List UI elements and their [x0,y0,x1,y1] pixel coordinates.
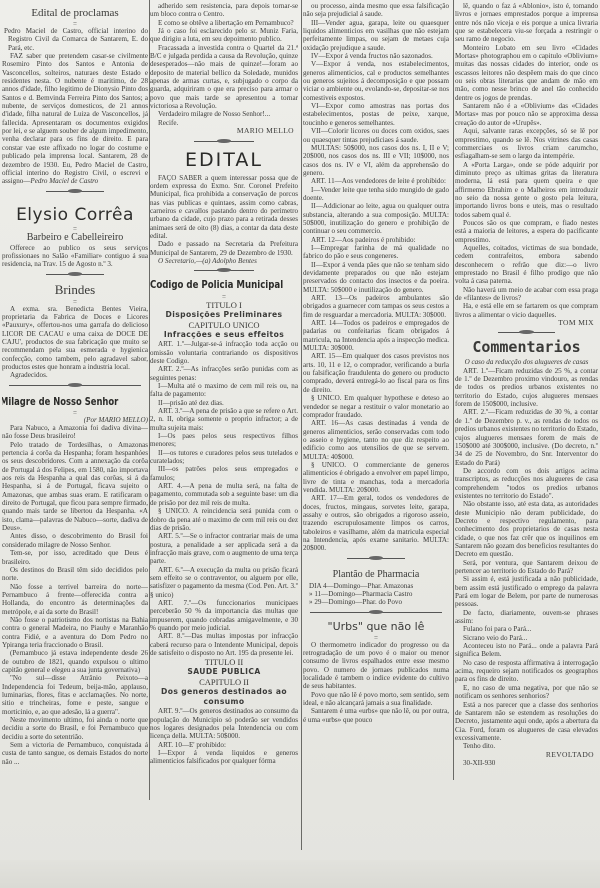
commentarios: Commentarios O caso da reducção dos alug… [455,338,598,767]
elysio-subtitle: Barbeiro e Cabelleireiro [2,232,148,244]
urbs-continued: lê, quando o faz á «Ablonio», isto é, to… [455,2,598,336]
paragraph: ART. 5.º—Se o infractor contrariar mais … [150,532,298,565]
paragraph: ART. 6.º—A execução da multa ou prisão f… [150,566,298,599]
plantao-lines: DIA 4—Domingo—Phar. Amazonas» 11—Domingo… [303,582,449,607]
paragraph: Santarem não é a «Oblivium» das «Cidades… [455,102,598,127]
paragraph: ART. 12—Aos padeiros é prohibido: [303,236,449,244]
saude-heading: SAUDE PUBLICA [150,667,298,677]
codigo-continued-paragraphs: ou processo, ainda mesmo que essa falsif… [303,2,449,553]
column-3: ou processo, ainda mesmo que essa falsif… [303,2,449,857]
paragraph: Antes disso, o descobrimento do Brasil f… [2,532,148,549]
paragraph: § UNICO. O commerciante de generos alime… [303,461,449,494]
generos-heading: Dos generos destinados ao consumo [150,687,298,707]
paragraph: ART. 13—Os padeiros ambulantes são obrig… [303,294,449,319]
paragraph: Será, por ventura, que Santarem deixou d… [455,559,598,576]
signature: MARIO MELLO [150,127,298,135]
paragraph: Para Nabuco, a Amazonia foi dadiva divin… [2,424,148,441]
commentarios-date: 30-XII-930 [455,759,598,767]
brindes-title: Brindes [2,282,148,298]
byline: (Por MARIO MELLO) [2,416,148,424]
paragraph: lê, quando o faz á «Ablonio», isto é, to… [455,2,598,44]
plantao-title: Plantão de Pharmacia [303,568,449,581]
paragraph: Não obstante isso, até esta data, as aut… [455,500,598,558]
paragraph: Pelo tratado de Tordesilhas, o Amazonas … [2,441,148,533]
ornament-divider [150,267,298,274]
column-1: Edital de proclamas = Pedro Maciel de Ca… [2,2,148,822]
paragraph: Povo que não lê é povo morto, sem sentid… [303,691,449,708]
capitulo-heading: CAPITULO UNICO [150,320,298,330]
ornament-divider [303,609,449,616]
paragraph: ART. 2.º—As infracções serão punidas com… [150,365,298,382]
paragraph: III—os patrões pelos seus empregados e f… [150,465,298,482]
paragraph: ou processo, ainda mesmo que essa falsif… [303,2,449,19]
paragraph: ART. 1.º—Ficam reduzidas de 25 %, a cont… [455,367,598,409]
milagre-continued-paragraphs: adherido sem resistencia, para depois to… [150,2,298,127]
signature: REVOLTADO [455,751,598,759]
edital-signature: O Secretario,—(a) Adolpho Bentes [150,257,298,265]
elysio-advert: Elysio Corrêa = Barbeiro e Cabelleireiro… [2,205,148,278]
codigo-policia: Codigo de Policia Municipal = TITULO I D… [150,278,298,765]
edital-proclamas: Edital de proclamas = Pedro Maciel de Ca… [2,6,148,195]
commentarios-subtitle: O caso da reducção dos alugueres de casa… [455,358,598,366]
signature: TOM MIX [455,319,598,327]
column-4: lê, quando o faz á «Ablonio», isto é, to… [455,2,598,817]
urbs-paragraphs: O thermometro indicador do progresso ou … [303,641,449,724]
paragraph: » 29—Domingo—Phar. do Povo [303,598,449,606]
commentarios-paragraphs: ART. 1.º—Ficam reduzidas de 25 %, a cont… [455,367,598,751]
ornament-divider [455,329,598,336]
milagre-article: Milagre de Nosso Senhor = (Por MARIO MEL… [2,395,148,766]
paragraph: No caso de resposta affirmativa á interr… [455,659,598,684]
ornament-divider [2,188,148,195]
paragraph: III—Vender agua, garapa, leite ou quaesq… [303,19,449,52]
column-2: adherido sem resistencia, para depois to… [150,2,298,812]
edital-date: Dado e passado na Secretaria da Prefeitu… [150,240,298,257]
paragraph: Tem-se, por isso, acreditado que Deus é … [2,549,148,566]
infracoes-heading: Infracções e seus effeitos [150,330,298,340]
paragraph: Monteiro Lobato em seu livro «Cidades Mo… [455,44,598,102]
paragraph: ART. 7.º—Os funccionarios municipaes per… [150,599,298,632]
paragraph: Já o caso foi esclarecido pelo sr. Muniz… [150,27,298,44]
paragraph: I—Expor á venda liquidos e generos alime… [150,749,298,766]
urbs-article: "Urbs" que não lê = O thermometro indica… [303,620,449,724]
paragraph: ART. 14—Todos os padeiros e empregados d… [303,319,449,352]
paragraph: E, no caso de uma negativa, por que não … [455,684,598,701]
paragraph: I—Vender leite que tenha sido mungido de… [303,186,449,203]
column-rule [301,0,302,850]
titulo-heading: TITULO I [150,300,298,310]
paragraph: ART. 10—E' prohibido: [150,741,298,749]
body-text: FAZ saber que pretendem casar-se civilme… [2,52,148,185]
paragraph: Não fosse o patriotismo dos nortistas na… [2,616,148,649]
ornament-divider [2,271,148,278]
edital: EDITAL FAÇO SABER a quem interessar poss… [150,149,298,275]
paragraph: Verdadeiro milagre de Nosso Senhor!... [150,110,298,118]
paragraph: II—prisão até dez dias. [150,399,298,407]
paragraph: » 11—Domingo—Pharmacia Castro [303,590,449,598]
elysio-title: Elysio Corrêa [2,205,148,225]
milagre-title: Milagre de Nosso Senhor [2,395,118,409]
paragraph: Fracassada a investida contra o Quartel … [150,44,298,111]
paragraph: I—Multa até o maximo de cem mil reis ou,… [150,382,298,399]
codigo-paragraphs-2: ART. 9.º—Os generos destinados ao consum… [150,707,298,765]
paragraph: I—Empregar farinha de má qualidade no fa… [303,244,449,261]
codigo-paragraphs: ART. 1.º—Julgar-se-á infracção toda acçã… [150,340,298,657]
paragraph: De facto, diariamente, ouvem-se phrases … [455,609,598,626]
elysio-body: Offerece ao publico os seus serviços pro… [2,244,148,269]
newspaper-page: Edital de proclamas = Pedro Maciel de Ca… [0,0,600,888]
edital-proclamas-body: FAZ saber que pretendem casar-se civilme… [2,52,148,186]
edital-proclamas-title: Edital de proclamas [2,6,148,20]
paragraph: Sicrano veio do Pará... [455,634,598,642]
paragraph: Fulano foi para o Pará... [455,625,598,633]
paragraph: Sem a victoria de Pernambuco, conquistad… [2,741,148,766]
paragraph: A «Porta Larga», onde se póde adquirir p… [455,161,598,219]
paragraph: "No sul—disse Atrânio Peixoto—a Independ… [2,674,148,716]
paragraph: Está a nos parecer que a classe dos senh… [455,701,598,743]
paragraph: E como se obtêve a libertação em Pernamb… [150,19,298,27]
paragraph: Os destinos do Brasil têm sido decididos… [2,566,148,583]
paragraph: VI—Expor como amostras nas portas dos es… [303,102,449,127]
paragraph: I—Os paes pelos seus respectivos filhos … [150,432,298,449]
brindes-body: A exma. sra. Benedicta Bentes Vieira, pr… [2,305,148,372]
paragraph: Não haverá um meio de acabar com essa pr… [455,286,598,303]
paragraph: ART. 16—As casas destinadas á venda de g… [303,419,449,461]
paragraph: Santarem é uma «urbs» que não lê, ou por… [303,707,449,724]
paragraph: II—Addicionar ao leite, agua ou qualquer… [303,202,449,235]
page-bottom-margin [0,860,600,888]
paragraph: V—Expor á venda, nos estabelecimentos, g… [303,60,449,102]
paragraph: II—os tutores e curadores pelos seus tut… [150,449,298,466]
paragraph: ART. 9.º—Os generos destinados ao consum… [150,707,298,740]
paragraph: (Pernambuco já estava independente desde… [2,649,148,674]
paragraph: Neste movimento ultimo, foi ainda o nort… [2,716,148,741]
paragraph: Si assim é, está justificada a não publi… [455,575,598,608]
paragraph: Ha, e está elle em se fartarem os que co… [455,302,598,319]
paragraph: IV—Expor á venda fructos não sazonados. [303,52,449,60]
paragraph: ART. 3.º—A pena de prisão a que se refer… [150,407,298,432]
ornament-divider [2,382,148,389]
paragraph: adherido sem resistencia, para depois to… [150,2,298,19]
titulo2-heading: TITULO II [150,657,298,667]
urbs-continued-paragraphs: lê, quando o faz á «Ablonio», isto é, to… [455,2,598,319]
paragraph: II—Expor á venda pães que não se tenham … [303,261,449,294]
ornament-divider [150,138,298,145]
milagre-continued: adherido sem resistencia, para depois to… [150,2,298,145]
paragraph: ART. 2.º—Ficam reduzidas de 30 %, a cont… [455,408,598,466]
edital-body: FAÇO SABER a quem interessar possa que d… [150,174,298,241]
edital-title: EDITAL [150,149,298,171]
capitulo2-heading: CAPITULO II [150,677,298,687]
signature: Pedro Maciel de Castro [30,177,98,185]
urbs-title: "Urbs" que não lê [303,620,449,634]
paragraph: ART. 8.º—Das multas impostas por infracç… [150,632,298,657]
paragraph: § UNICO. A reincidencia será punida com … [150,507,298,532]
codigo-title: Codigo de Policia Municipal [150,278,271,292]
paragraph: ART. 11—Aos vendedores de leite é prohib… [303,177,449,185]
paragraph: Poucos são os que compram, e fiado neste… [455,219,598,244]
column-rule [453,0,454,780]
paragraph: ART. 4.—A pena de multa será, na falta d… [150,482,298,507]
paragraph: ART. 15—Em qualquer dos casos previstos … [303,352,449,394]
paragraph: De accordo com os dois artigos acima tra… [455,467,598,500]
paragraph: VII—Colorir licores ou doces com oxidos,… [303,127,449,144]
paragraph: Aqui, salvante raras excepções, só se lê… [455,127,598,160]
paragraph: MULTAS: 50$000, nos casos dos ns. I, II … [303,144,449,177]
paragraph: § UNICO. Em qualquer hypothese e deteso … [303,394,449,419]
paragraph: Aquelles, coitados, victimas de sua bond… [455,244,598,286]
plantao-pharmacia: Plantão de Pharmacia DIA 4—Domingo—Phar.… [303,568,449,616]
paragraph: ART. 1.º—Julgar-se-á infracção toda acçã… [150,340,298,365]
brindes: Brindes = A exma. sra. Benedicta Bentes … [2,282,148,389]
paragraph: O thermometro indicador do progresso ou … [303,641,449,691]
milagre-paragraphs: Para Nabuco, a Amazonia foi dadiva divin… [2,424,148,766]
commentarios-title: Commentarios [455,338,598,356]
brindes-closing: Agradecidos. [2,371,148,379]
disposicoes-heading: Disposições Preliminares [150,310,298,320]
codigo-continued: ou processo, ainda mesmo que essa falsif… [303,2,449,562]
ornament-divider [303,555,449,562]
paragraph: ART. 17—Em geral, todos os vendedores de… [303,494,449,552]
paragraph: DIA 4—Domingo—Phar. Amazonas [303,582,449,590]
edital-proclamas-intro: Pedro Maciel de Castro, official interin… [2,27,148,52]
paragraph: Não fosse a terrivel barreira do norte—P… [2,583,148,616]
paragraph: Aconteceu isto no Pará... onde a palavra… [455,642,598,659]
